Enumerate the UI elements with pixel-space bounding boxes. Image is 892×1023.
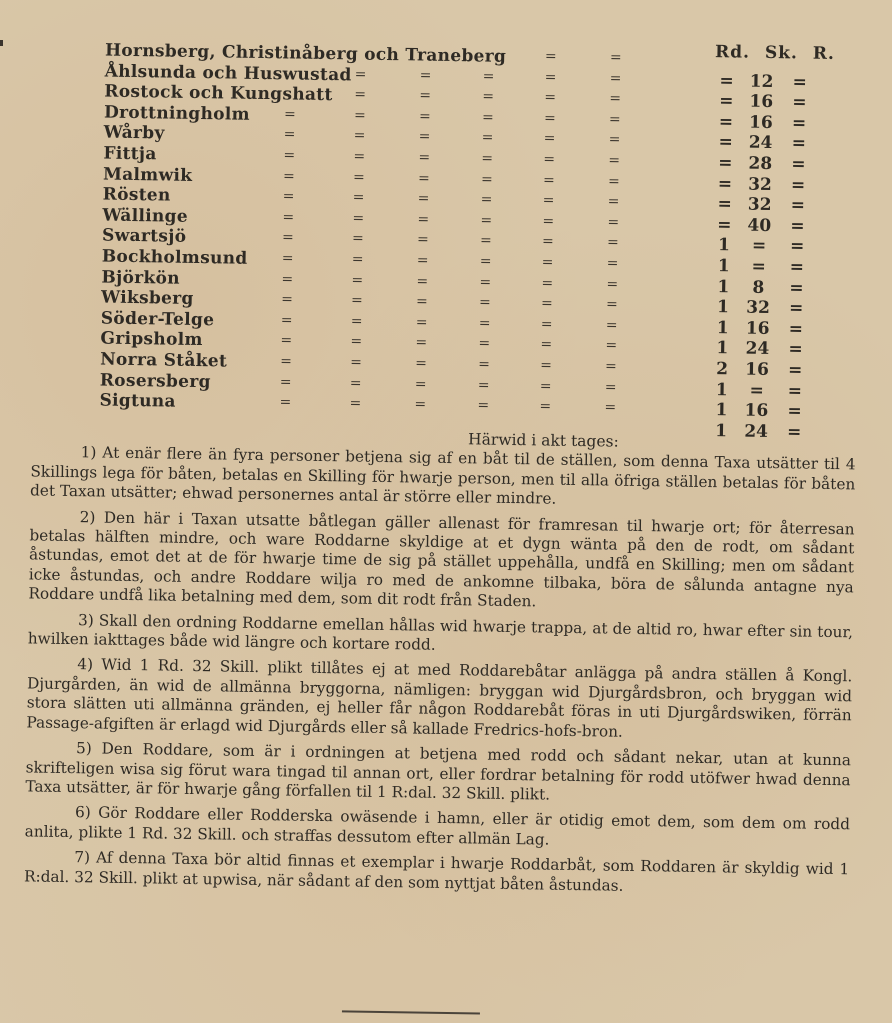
leader-mark: = (417, 252, 429, 268)
fare-rs: = (789, 319, 803, 339)
leader-mark: = (417, 211, 429, 227)
leader-mark: = (350, 334, 362, 350)
leader-mark: = (540, 357, 552, 373)
leader-mark: = (349, 396, 361, 412)
fare-rs: = (791, 154, 805, 174)
fare-rs: = (788, 381, 802, 401)
leader-mark: = (353, 148, 365, 164)
leader-mark: = (282, 230, 294, 246)
leader-mark: = (544, 131, 556, 147)
fare-rs: = (790, 257, 804, 277)
leader-mark: = (283, 188, 295, 204)
leader-mark: = (354, 107, 366, 123)
place-name: Malmwik (103, 164, 193, 185)
place-name: Bockholmsund (102, 246, 248, 268)
leader-mark: = (541, 275, 553, 291)
leader-mark: = (416, 314, 428, 330)
note-item-1: 1) At enär flere än fyra personer betjen… (30, 443, 856, 514)
fare-rd: 1 (714, 338, 730, 358)
leader-mark: = (415, 355, 427, 371)
leader-mark: = (481, 192, 493, 208)
leader-mark: = (482, 130, 494, 146)
place-name: Norra Ståket (100, 349, 227, 371)
leader-mark: = (353, 169, 365, 185)
leader-mark: = (283, 147, 295, 163)
leader-mark: = (352, 231, 364, 247)
note-item-4: 4) Wid 1 Rd. 32 Skill. plikt tillåtes ej… (26, 655, 852, 746)
place-name: Drottningholm (104, 102, 250, 124)
leader-mark: = (609, 132, 621, 148)
leader-mark: = (608, 152, 620, 168)
fare-rd: 1 (713, 400, 729, 420)
fare-sk: 16 (740, 359, 774, 380)
leader-mark: = (479, 315, 491, 331)
fare-rd: 2 (714, 359, 730, 379)
fare-sk (745, 51, 779, 52)
leader-mark: = (541, 316, 553, 332)
leader-mark: = (606, 317, 618, 333)
fare-rs: = (788, 340, 802, 360)
leader-mark: = (541, 296, 553, 312)
leader-mark: = (607, 235, 619, 251)
leader-mark: = (416, 294, 428, 310)
leader-mark: = (420, 67, 432, 83)
leader-mark: = (280, 374, 292, 390)
leader-mark: = (416, 273, 428, 289)
leader-mark: = (419, 88, 431, 104)
leader-mark: = (608, 194, 620, 210)
note-item-7: 7) Af denna Taxa bör altid finnas et exe… (24, 847, 850, 899)
place-name: Swartsjö (102, 226, 187, 247)
place-name: Wårby (104, 123, 165, 144)
place-name: Sigtuna (99, 391, 176, 412)
fare-sk: 24 (743, 133, 777, 154)
fare-rs: = (787, 401, 801, 421)
leader-mark: = (605, 358, 617, 374)
fare-sk: 16 (744, 112, 778, 133)
closing-rule-divider (342, 1010, 480, 1014)
leader-mark: = (351, 272, 363, 288)
fare-rd: = (717, 174, 733, 194)
fare-rd: 1 (715, 318, 731, 338)
document-page: Rd. Sk. R. Hornsberg, Christinåberg och … (0, 0, 892, 1023)
place-name: Gripsholm (100, 329, 203, 351)
leader-mark: = (478, 336, 490, 352)
leader-mark: = (418, 149, 430, 165)
fare-sk: 8 (741, 277, 775, 298)
leader-mark: = (606, 297, 618, 313)
leader-mark: = (282, 250, 294, 266)
place-name: Rösten (103, 185, 171, 206)
note-item-6: 6) Gör Roddare eller Rodderska owäsende … (25, 803, 851, 855)
place-name: Rosersberg (100, 370, 211, 392)
leader-mark: = (281, 271, 293, 287)
leader-mark: = (280, 353, 292, 369)
notes-section: Härwid i akt tages: 1) At enär flere än … (24, 423, 856, 905)
leader-mark: = (279, 394, 291, 410)
leader-mark: = (284, 127, 296, 143)
leader-mark: = (540, 337, 552, 353)
leader-mark: = (415, 335, 427, 351)
fare-rd: = (718, 71, 734, 91)
leader-mark: = (542, 234, 554, 250)
fare-sk: 28 (743, 154, 777, 175)
fare-rd: = (717, 153, 733, 173)
fare-rs: = (789, 278, 803, 298)
leader-mark: = (481, 171, 493, 187)
leader-mark: = (540, 378, 552, 394)
leader-mark: = (477, 398, 489, 414)
leader-mark: = (605, 338, 617, 354)
leader-mark: = (479, 295, 491, 311)
leader-mark: = (543, 151, 555, 167)
leader-mark: = (417, 232, 429, 248)
fare-rs: = (790, 237, 804, 257)
leader-mark: = (480, 212, 492, 228)
fare-rs: = (789, 298, 803, 318)
fare-table-rows: Hornsberg, Christinåberg och Traneberg==… (99, 41, 865, 444)
place-name: Fittja (103, 143, 157, 164)
leader-mark: = (479, 274, 491, 290)
leader-mark: = (545, 69, 557, 85)
fare-rd: = (717, 194, 733, 214)
leader-mark: = (350, 375, 362, 391)
place-name: Söder-Telge (101, 308, 215, 330)
leader-mark: = (353, 190, 365, 206)
fare-sk: 32 (743, 195, 777, 216)
leader-mark: = (482, 89, 494, 105)
place-name: Rostock och Kungshatt (104, 82, 333, 106)
fare-sk: 24 (740, 339, 774, 360)
leader-mark: = (544, 110, 556, 126)
fare-sk: 32 (743, 174, 777, 195)
leader-mark: = (483, 68, 495, 84)
fare-rd: 1 (716, 256, 732, 276)
fare-rd: 1 (715, 277, 731, 297)
leader-mark: = (480, 233, 492, 249)
fare-rs: = (790, 216, 804, 236)
leader-mark: = (419, 129, 431, 145)
leader-mark: = (354, 87, 366, 103)
leader-mark: = (610, 49, 622, 65)
fare-rd: = (718, 112, 734, 132)
fare-sk: = (742, 256, 776, 277)
leader-mark: = (284, 106, 296, 122)
leader-mark: = (282, 209, 294, 225)
leader-mark: = (607, 214, 619, 230)
leader-mark: = (478, 377, 490, 393)
fare-rs: = (792, 113, 806, 133)
leader-mark: = (354, 128, 366, 144)
note-item-5: 5) Den Roddare, som är i ordningen at be… (25, 738, 851, 809)
leader-mark: = (610, 70, 622, 86)
fare-sk: 12 (744, 71, 778, 92)
leader-mark: = (418, 170, 430, 186)
leader-mark: = (609, 91, 621, 107)
fare-sk: 16 (744, 92, 778, 113)
leader-mark: = (478, 356, 490, 372)
leader-mark: = (415, 376, 427, 392)
fare-rd: = (717, 133, 733, 153)
leader-mark: = (355, 66, 367, 82)
leader-mark: = (419, 108, 431, 124)
fare-rs: = (791, 195, 805, 215)
fare-rs: = (788, 360, 802, 380)
fare-sk: 16 (739, 401, 773, 422)
note-item-2: 2) Den här i Taxan utsatte båtlegan gäll… (28, 507, 854, 617)
leader-mark: = (606, 276, 618, 292)
leader-mark: = (543, 193, 555, 209)
fare-rd: 1 (716, 235, 732, 255)
fare-sk: 16 (741, 318, 775, 339)
leader-mark: = (351, 293, 363, 309)
place-name: Björkön (101, 267, 180, 288)
leader-mark: = (281, 312, 293, 328)
fare-table: Rd. Sk. R. Hornsberg, Christinåberg och … (99, 33, 865, 444)
leader-mark: = (542, 254, 554, 270)
leader-mark: = (352, 210, 364, 226)
leader-mark: = (604, 400, 616, 416)
leader-mark: = (605, 379, 617, 395)
fare-rd: 1 (715, 297, 731, 317)
fare-sk: = (740, 380, 774, 401)
leader-mark: = (351, 313, 363, 329)
fare-rd: = (718, 91, 734, 111)
leader-mark: = (350, 354, 362, 370)
fare-sk: 32 (741, 298, 775, 319)
leader-mark: = (607, 255, 619, 271)
leader-mark: = (544, 90, 556, 106)
fare-rs: = (792, 72, 806, 92)
fare-rs: = (791, 175, 805, 195)
place-name: Wiksberg (101, 288, 194, 309)
fare-sk: = (742, 236, 776, 257)
leader-mark: = (283, 168, 295, 184)
fare-rs: = (792, 93, 806, 113)
leader-mark: = (481, 150, 493, 166)
leader-mark: = (352, 251, 364, 267)
leader-mark: = (609, 111, 621, 127)
note-item-3: 3) Skall den ordning Roddarne emellan hå… (28, 610, 854, 662)
leader-mark: = (281, 291, 293, 307)
leader-mark: = (280, 333, 292, 349)
leader-mark: = (414, 397, 426, 413)
fare-rd: = (716, 215, 732, 235)
fare-rd: 1 (714, 380, 730, 400)
leader-mark: = (539, 398, 551, 414)
leader-mark: = (542, 213, 554, 229)
place-name: Wällinge (102, 205, 188, 226)
leader-mark: = (480, 253, 492, 269)
leader-mark: = (543, 172, 555, 188)
leader-mark: = (545, 48, 557, 64)
leader-mark: = (482, 109, 494, 125)
fare-rs: = (791, 134, 805, 154)
leader-mark: = (418, 191, 430, 207)
margin-mark (0, 40, 3, 46)
leader-mark: = (608, 173, 620, 189)
fare-sk: 40 (742, 215, 776, 236)
